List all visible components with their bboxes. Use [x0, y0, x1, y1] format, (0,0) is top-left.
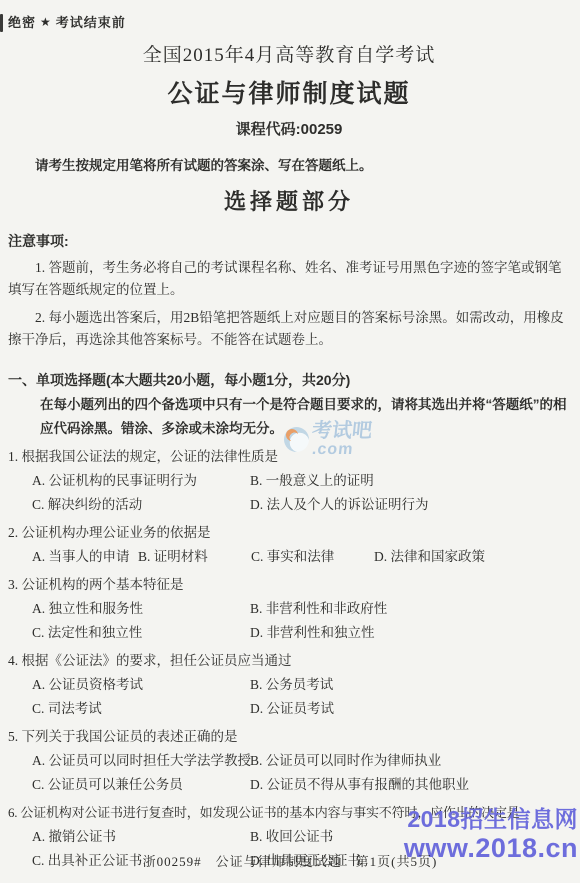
question-2-stem: 2. 公证机构办理公证业务的依据是: [8, 521, 570, 545]
option-c: C. 法定性和独立性: [32, 621, 250, 645]
question-6-stem: 6. 公证机构对公证书进行复查时，如发现公证书的基本内容与事实不符时，应作出的决…: [8, 801, 570, 825]
part-title: 选择题部分: [8, 185, 570, 216]
option-d: D. 法人及个人的诉讼证明行为: [250, 493, 570, 517]
notice-item-2: 2. 每小题选出答案后，用2B铅笔把答题纸上对应题目的答案标号涂黑。如需改动，用…: [8, 307, 570, 351]
option-d: D. 非营利性和独立性: [250, 621, 570, 645]
option-a: A. 公证机构的民事证明行为: [32, 469, 250, 493]
question-3: 3. 公证机构的两个基本特征是 A. 独立性和服务性 B. 非营利性和非政府性 …: [8, 573, 570, 645]
question-4: 4. 根据《公证法》的要求，担任公证员应当通过 A. 公证员资格考试 B. 公务…: [8, 649, 570, 721]
exam-title: 全国2015年4月高等教育自学考试: [8, 40, 570, 67]
page-footer: 浙00259# 公证与律师制度试题 第1页(共5页): [0, 851, 580, 870]
question-1: 1. 根据我国公证法的规定，公证的法律性质是 A. 公证机构的民事证明行为 B.…: [8, 445, 570, 517]
option-b: B. 一般意义上的证明: [250, 469, 570, 493]
secrecy-suffix: 考试结束前: [56, 12, 126, 31]
secrecy-line: 绝密 ★ 考试结束前: [8, 12, 570, 31]
option-b: B. 收回公证书: [250, 825, 570, 849]
course-code: 课程代码:00259: [8, 118, 570, 139]
notice-item-1: 1. 答题前，考生务必将自己的考试课程名称、姓名、准考证号用黑色字迹的签字笔或钢…: [8, 257, 570, 301]
option-d: D. 公证员考试: [250, 697, 570, 721]
section-one-instruction: 在每小题列出的四个备选项中只有一个是符合题目要求的，请将其选出并将“答题纸”的相…: [8, 393, 570, 441]
option-b: B. 公证员可以同时作为律师执业: [250, 749, 570, 773]
page-title: 公证与律师制度试题: [8, 74, 570, 110]
option-d: D. 公证员不得从事有报酬的其他职业: [250, 773, 570, 797]
question-4-stem: 4. 根据《公证法》的要求，担任公证员应当通过: [8, 649, 570, 673]
option-d: D. 法律和国家政策: [374, 545, 485, 569]
option-a: A. 公证员资格考试: [32, 673, 250, 697]
question-1-options: A. 公证机构的民事证明行为 B. 一般意义上的证明 C. 解决纠纷的活动 D.…: [8, 469, 570, 517]
answer-instruction: 请考生按规定用笔将所有试题的答案涂、写在答题纸上。: [8, 154, 570, 174]
question-5: 5. 下列关于我国公证员的表述正确的是 A. 公证员可以同时担任大学法学教授 B…: [8, 725, 570, 797]
question-1-stem: 1. 根据我国公证法的规定，公证的法律性质是: [8, 445, 570, 469]
question-5-stem: 5. 下列关于我国公证员的表述正确的是: [8, 725, 570, 749]
option-a: A. 独立性和服务性: [32, 597, 250, 621]
exam-paper-page: 绝密 ★ 考试结束前 全国2015年4月高等教育自学考试 公证与律师制度试题 课…: [0, 0, 580, 883]
option-a: A. 公证员可以同时担任大学法学教授: [32, 749, 250, 773]
option-a: A. 当事人的申请: [32, 545, 138, 569]
question-5-options: A. 公证员可以同时担任大学法学教授 B. 公证员可以同时作为律师执业 C. 公…: [8, 749, 570, 797]
secrecy-label: 绝密: [8, 12, 36, 31]
option-c: C. 事实和法律: [251, 545, 374, 569]
option-b: B. 非营利性和非政府性: [250, 597, 570, 621]
section-one-heading: 一、单项选择题(本大题共20小题，每小题1分，共20分): [8, 368, 570, 392]
option-c: C. 司法考试: [32, 697, 250, 721]
option-b: B. 公务员考试: [250, 673, 570, 697]
option-a: A. 撤销公证书: [32, 825, 250, 849]
question-3-stem: 3. 公证机构的两个基本特征是: [8, 573, 570, 597]
star-icon: ★: [40, 15, 52, 29]
scan-artifact: [0, 14, 3, 32]
question-2-options: A. 当事人的申请 B. 证明材料 C. 事实和法律 D. 法律和国家政策: [8, 545, 570, 569]
notice-heading: 注意事项:: [8, 231, 570, 251]
question-4-options: A. 公证员资格考试 B. 公务员考试 C. 司法考试 D. 公证员考试: [8, 673, 570, 721]
question-2: 2. 公证机构办理公证业务的依据是 A. 当事人的申请 B. 证明材料 C. 事…: [8, 521, 570, 569]
option-b: B. 证明材料: [138, 545, 251, 569]
option-c: C. 公证员可以兼任公务员: [32, 773, 250, 797]
question-3-options: A. 独立性和服务性 B. 非营利性和非政府性 C. 法定性和独立性 D. 非营…: [8, 597, 570, 645]
option-c: C. 解决纠纷的活动: [32, 493, 250, 517]
